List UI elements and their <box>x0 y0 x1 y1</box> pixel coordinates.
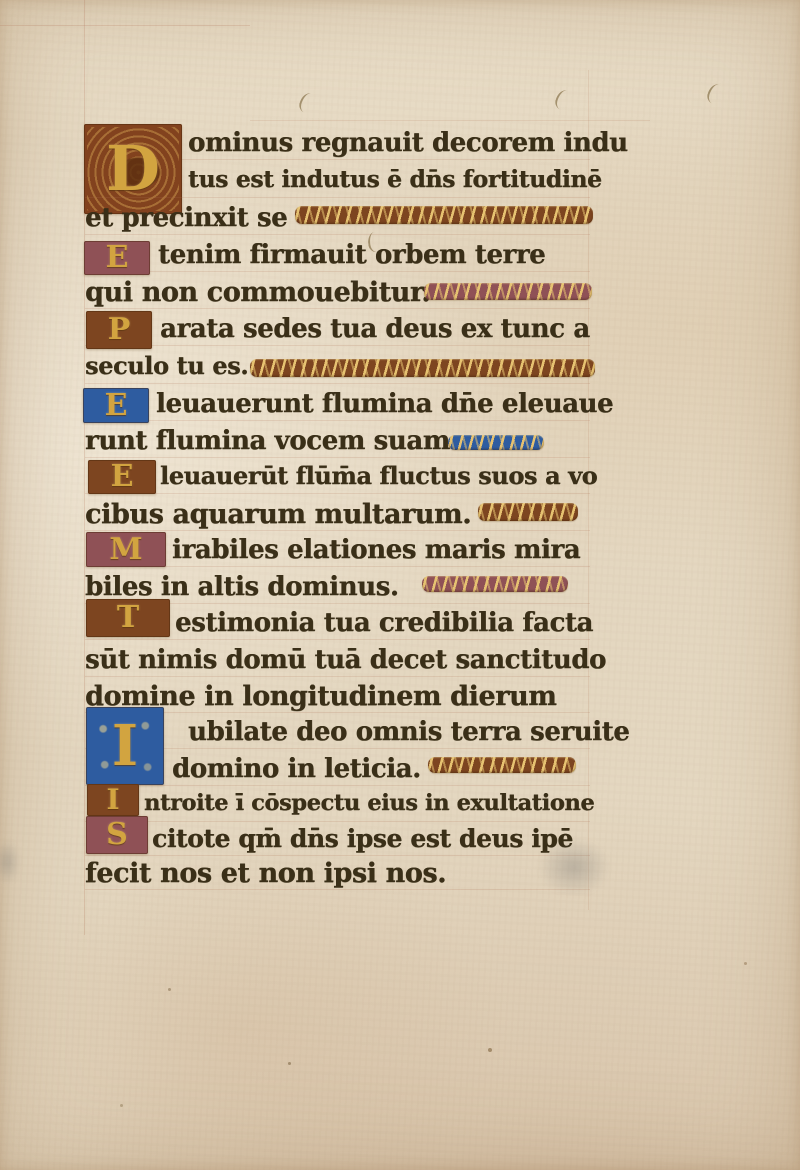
illuminated-initial-M: M <box>86 532 166 567</box>
text-line-2: tus est indutus ē dn̄s fortitudinē <box>188 168 602 192</box>
text-line-19: ntroite ī cōspectu eius in exultatione <box>144 792 594 815</box>
pen-flourish <box>297 91 318 115</box>
text-line-ruling <box>85 530 590 531</box>
illuminated-initial-P: P <box>86 311 152 349</box>
text-line-17: ubilate deo omnis terra seruite <box>188 719 629 745</box>
line-filler <box>478 503 578 521</box>
parchment-speck <box>288 1062 291 1065</box>
text-line-ruling <box>85 676 590 677</box>
line-filler <box>422 576 568 592</box>
text-line-ruling <box>85 889 590 890</box>
text-line-8: leuauerunt flumina dn̄e eleuaue <box>156 391 613 417</box>
manuscript-page: Dominus regnauit decorem indutus est ind… <box>0 0 800 1170</box>
text-line-1: ominus regnauit decorem indu <box>188 130 628 156</box>
text-line-4: tenim firmauit orbem terre <box>158 242 545 268</box>
text-line-ruling <box>85 345 590 346</box>
illuminated-initial-S: S <box>86 816 148 854</box>
illuminated-initial-I: I <box>86 707 164 785</box>
text-line-12: irabiles elationes maris mira <box>172 537 580 563</box>
text-line-21: fecit nos et non ipsi nos. <box>85 860 446 887</box>
text-line-ruling <box>85 234 590 235</box>
line-filler <box>448 435 544 450</box>
text-line-ruling <box>85 493 590 494</box>
illuminated-initial-T: T <box>86 599 170 637</box>
illuminated-initial-D: D <box>84 124 182 214</box>
text-line-ruling <box>85 308 590 309</box>
text-line-ruling <box>85 383 590 384</box>
text-line-10: leuauerūt flūm̄a fluctus suos a vo <box>160 464 597 488</box>
initial-letter: T <box>117 603 139 633</box>
parchment-speck <box>168 988 171 991</box>
initial-letter: I <box>106 786 119 814</box>
text-line-15: sūt nimis domū tuā decet sanctitudo <box>85 647 606 673</box>
text-line-5: qui non commouebitur. <box>85 279 430 306</box>
text-line-14: estimonia tua credibilia facta <box>175 610 593 636</box>
text-line-ruling <box>85 785 590 786</box>
text-line-3: et precinxit se <box>85 205 287 231</box>
initial-letter: I <box>112 718 138 774</box>
line-filler <box>424 283 592 300</box>
text-line-ruling <box>85 271 590 272</box>
text-line-ruling <box>85 821 590 822</box>
line-filler <box>428 757 576 773</box>
initial-letter: D <box>106 138 160 200</box>
illuminated-initial-I: I <box>87 784 139 816</box>
text-line-ruling <box>85 457 590 458</box>
illuminated-initial-E: E <box>84 241 150 275</box>
illuminated-initial-E: E <box>83 388 149 423</box>
line-filler <box>295 206 593 224</box>
right-bounding-ruling <box>588 70 589 910</box>
text-line-7: seculo tu es. <box>85 354 248 378</box>
parchment-speck <box>488 1048 492 1052</box>
top-margin-ruling <box>0 25 250 26</box>
text-line-11: cibus aquarum multarum. <box>85 501 471 528</box>
initial-letter: M <box>109 535 142 565</box>
pen-flourish <box>705 82 726 106</box>
text-line-20: citote qm̄ dn̄s ipse est deus ipē <box>152 826 573 851</box>
text-line-ruling <box>85 855 590 856</box>
text-line-ruling <box>85 639 590 640</box>
parchment-speck <box>120 1104 123 1107</box>
initial-letter: P <box>108 315 131 345</box>
initial-letter: E <box>105 391 128 421</box>
text-line-6: arata sedes tua deus ex tunc a <box>160 316 590 342</box>
initial-letter: S <box>106 820 128 850</box>
ink-smudge <box>0 840 20 884</box>
parchment-speck <box>744 962 747 965</box>
text-line-16: domine in longitudinem dierum <box>85 683 556 710</box>
text-line-18: domino in leticia. <box>172 756 421 782</box>
header-ruling <box>250 120 650 121</box>
initial-letter: E <box>106 243 129 273</box>
text-line-ruling <box>85 420 590 421</box>
line-filler <box>250 359 595 377</box>
initial-letter: E <box>111 462 134 492</box>
illuminated-initial-E: E <box>88 460 156 494</box>
text-line-13: biles in altis dominus. <box>85 574 399 600</box>
text-line-9: runt flumina vocem suam. <box>85 428 458 454</box>
pen-flourish <box>553 88 574 112</box>
